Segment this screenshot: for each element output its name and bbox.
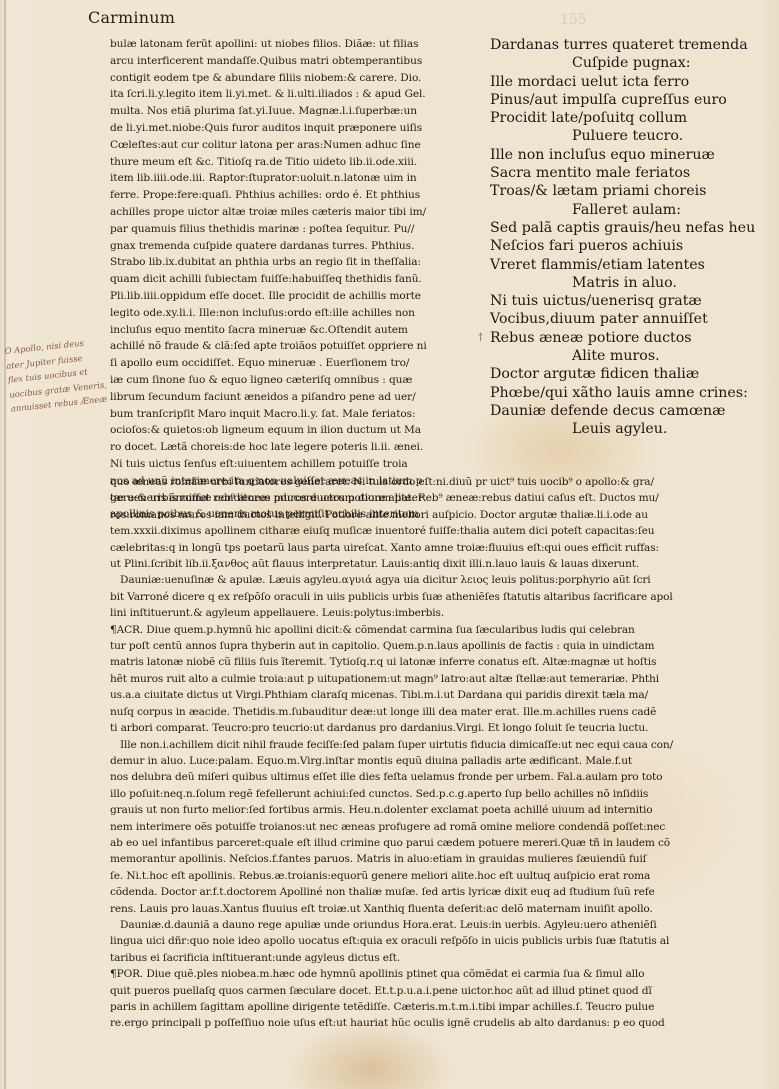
commentary-line: legito ode.xy.li.i. Ille:non incluſus:or… (110, 305, 485, 322)
verse-line: Leuis agyleu. (490, 420, 770, 438)
verse-line: Dardanas turres quateret tremenda (490, 36, 770, 54)
verse-line: Phœbe/qui xãtho lauis amne crines: (490, 384, 770, 402)
verse-line: Doctor argutæ fidicen thaliæ (490, 365, 770, 383)
commentary-line: rens. Lauis pro lauas.Xantus fluuius eſt… (110, 901, 770, 917)
commentary-line: iæ cum ſinone ſuo & equo ligneo cæteriſq… (110, 372, 485, 389)
commentary-line: hẽt muros ruit alto a culmie troia:aut p… (110, 671, 770, 687)
commentary-line: incluſus equo mentito ſacra mineruæ &c.O… (110, 322, 485, 339)
commentary-line: ros.romanos muros iam ductos intelligit.… (110, 507, 770, 523)
commentary-line: quam dicit achilli ſubiectam fuiſſe:habu… (110, 271, 485, 288)
commentary-line: nem interimere oẽs potuiſſe troianos:ut … (110, 819, 770, 835)
commentary-line: re.ergo principali p poſſeſſiuo noie uſu… (110, 1015, 770, 1031)
verse-line: Matris in aluo. (490, 274, 770, 292)
commentary-line: Strabo lib.ix.dubitat an phthia urbs an … (110, 254, 485, 271)
commentary-line: ferre. Prope:fere:quaſi. Phthius achille… (110, 187, 485, 204)
verse-line: Rebus æneæ potiore ductos (490, 329, 770, 347)
commentary-line: cælebritas:q in longũ tps poetarũ laus p… (110, 540, 770, 556)
commentary-line: taribus ei ſacrificia inſtituerant:unde … (110, 950, 770, 966)
commentary-line: par quamuis filius thethidis marinæ : po… (110, 221, 485, 238)
verse-line: Vreret flammis/etiam latentes (490, 256, 770, 274)
commentary-line: Dauniæ:uenuſinæ & apulæ. Læuis agyleu.αγ… (110, 572, 770, 588)
commentary-section-start: ¶POR. Diue quẽ.ples niobea.m.hæc ode hym… (110, 966, 770, 982)
commentary-line: ab eo uel infantibus parceret:quale eſt … (110, 835, 770, 851)
verse-line: Troas/& lætam priami choreis (490, 182, 770, 200)
verse-line: Puluere teucro. (490, 127, 770, 145)
commentary-line: bit Varroné dicere q ex reſpõſo oraculi … (110, 589, 770, 605)
commentary-line: demur in aluo. Luce:palam. Equo.m.Virg.i… (110, 753, 770, 769)
commentary-line: Pli.lib.iiii.oppidum eſſe docet. Ille pr… (110, 288, 485, 305)
commentary-full-width: quo æneas romãæ urbi fundatores generare… (110, 474, 770, 1032)
commentary-line: ro docet. Lætã choreis:de hoc late leger… (110, 439, 485, 456)
commentary-line: tur poſt centũ annos ſupra thyberin aut … (110, 638, 770, 654)
commentary-line: nuſq corpus in æacide. Thetidis.m.ſubaud… (110, 704, 770, 720)
verse-line: Vocibus,diuum pater annuiſſet (490, 310, 770, 328)
commentary-line: arcu interficerent mandaſſe.Quibus matri… (110, 53, 485, 70)
commentary-line: ita ſcri.li.y.legito item li.yi.met. & l… (110, 86, 485, 103)
commentary-line: ſe. Ni.t.hoc eſt apollinis. Rebus.æ.troi… (110, 868, 770, 884)
verse-line: Neſcios fari pueros achiuis (490, 237, 770, 255)
handwritten-marginalia: O Apollo, nisi deus ater Jupiter fuisse … (4, 334, 111, 417)
verse-line: Ille non incluſus equo mineruæ (490, 146, 770, 164)
commentary-line: ut Plini.ſcribit lib.ii.ξανθος aũt flauu… (110, 556, 770, 572)
commentary-section-start: ¶ACR. Diue quem.p.hymnũ hic apollini dic… (110, 622, 770, 638)
verse-line: Procidit late/poſuitq collum (490, 109, 770, 127)
commentary-line: item lib.iiii.ode.iii. Raptor:ſtuprator:… (110, 170, 485, 187)
running-head: Carminum (88, 8, 175, 27)
verse-line: Alite muros. (490, 347, 770, 365)
commentary-line: tem.xxxii.diximus apollinem citharæ eiuſ… (110, 523, 770, 539)
commentary-line: bum tranſcripſit Maro inquit Macro.li.y.… (110, 406, 485, 423)
binding-gutter (4, 0, 6, 1089)
commentary-line: quo æneas romãæ urbi fundatores generare… (110, 474, 770, 490)
verse-line: Ni tuis uictus/uenerisq gratæ (490, 292, 770, 310)
verse-line: Cuſpide pugnax: (490, 54, 770, 72)
commentary-line: cõdenda. Doctor ar.f.t.doctorem Apolliné… (110, 884, 770, 900)
commentary-line: Ille non.i.achillem dicit nihil fraude f… (110, 737, 770, 753)
commentary-line: ocioſos:& quietos:ob ligneum equum in il… (110, 422, 485, 439)
commentary-line: thure meum eſt &c. Titioſq ra.de Titio u… (110, 154, 485, 171)
commentary-left-column: bulæ latonam ferūt apollini: ut niobes f… (110, 36, 485, 523)
commentary-line: lini inſtituerunt.& agyleum appellauere.… (110, 605, 770, 621)
commentary-line: contigit eodem tpe & abundare filiis nio… (110, 70, 485, 87)
commentary-line: tæ ueneris ãnuiſſet reb⁹ æneæ muros duct… (110, 490, 770, 506)
commentary-line: lingua uici dñr:quo noie ideo apollo uoc… (110, 933, 770, 949)
commentary-line: ſi apollo eum occidiſſet. Equo mineruæ .… (110, 355, 485, 372)
commentary-line: ti arbori comparat. Teucro:pro teucrio:u… (110, 720, 770, 736)
commentary-line: gnax tremenda cuſpide quatere dardanas t… (110, 238, 485, 255)
commentary-line: us.a.a ciuitate dictus ut Virgi.Phthiam … (110, 687, 770, 703)
commentary-line: memorantur apollinis. Neſcios.f.fantes p… (110, 851, 770, 867)
verse-line: Falleret aulam: (490, 201, 770, 219)
ode-verse-column: Dardanas turres quateret tremendaCuſpide… (490, 36, 770, 439)
commentary-line: quit pueros puellaſq quos carmen ſæcular… (110, 983, 770, 999)
commentary-line: bulæ latonam ferūt apollini: ut niobes f… (110, 36, 485, 53)
commentary-line: Dauniæ.d.dauniã a dauno rege apuliæ unde… (110, 917, 770, 933)
commentary-line: librum ſecundum faciunt æneidos a piſand… (110, 389, 485, 406)
commentary-line: nos delubra deũ miſeri quibus ultimus eſ… (110, 769, 770, 785)
commentary-line: achilles prope uictor altæ troiæ miles c… (110, 204, 485, 221)
commentary-line: paris in achillem ſagittam apolline diri… (110, 999, 770, 1015)
show-through-folio: 155 (560, 12, 587, 28)
commentary-line: matris latonæ niobẽ cũ filiis ſuis ĩtere… (110, 654, 770, 670)
verse-line: Pinus/aut impulſa cupreſſus euro (490, 91, 770, 109)
commentary-line: Cœleſtes:aut cur colitur latona per aras… (110, 137, 485, 154)
commentary-line: de li.yi.met.niobe:Quis furor auditos in… (110, 120, 485, 137)
commentary-line: grauis ut non furto melior:ſed fortibus … (110, 802, 770, 818)
commentary-line: illo poſuit:neq.n.ſolum regẽ fefellerunt… (110, 786, 770, 802)
verse-line: Sed palã captis grauis/heu nefas heu (490, 219, 770, 237)
commentary-line: Ni tuis uictus ſenſus eſt:uiuentem achil… (110, 456, 485, 473)
verse-line: Ille mordaci uelut icta ferro (490, 73, 770, 91)
commentary-line: multa. Nos etiã plurima ſat.yi.Iuue. Mag… (110, 103, 485, 120)
manuscript-page: Carminum 155 O Apollo, nisi deus ater Ju… (0, 0, 779, 1089)
verse-line: Dauniæ defende decus camœnæ (490, 402, 770, 420)
commentary-line: achillé nõ fraude & clã:ſed apte troiãos… (110, 338, 485, 355)
verse-line: Sacra mentito male feriatos (490, 164, 770, 182)
